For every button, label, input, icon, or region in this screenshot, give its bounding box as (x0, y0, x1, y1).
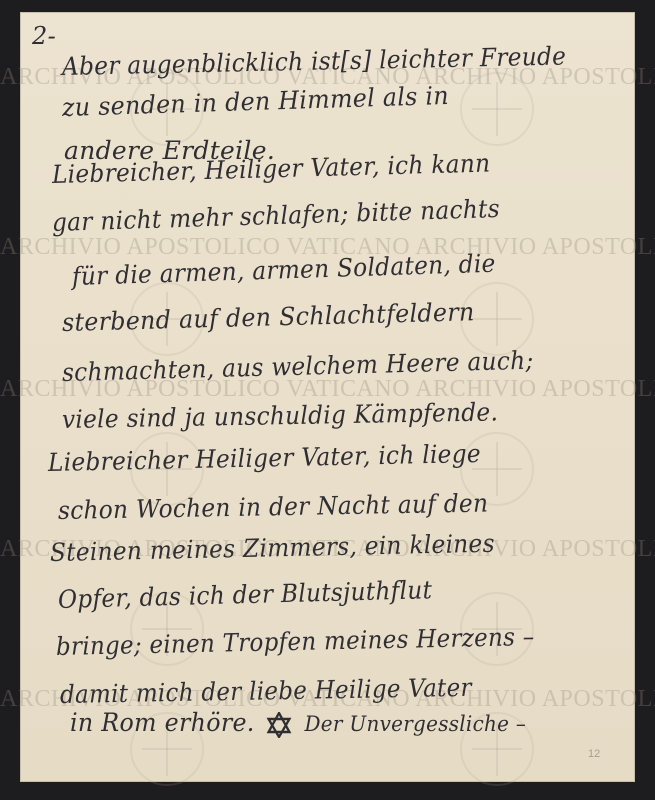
handwritten-line: in Rom erhöre. (70, 708, 255, 737)
papal-emblem-watermark (460, 72, 534, 146)
archive-folio-number: 12 (588, 748, 600, 760)
closing-line: in Rom erhöre. Der Unvergessliche – (70, 708, 526, 738)
signature: Der Unvergessliche – (305, 712, 527, 736)
page-number: 2- (32, 22, 56, 50)
star-of-david-icon (266, 712, 291, 738)
letter-page: ARCHIVIO APOSTOLICO VATICANO ARCHIVIO AP… (20, 12, 635, 782)
